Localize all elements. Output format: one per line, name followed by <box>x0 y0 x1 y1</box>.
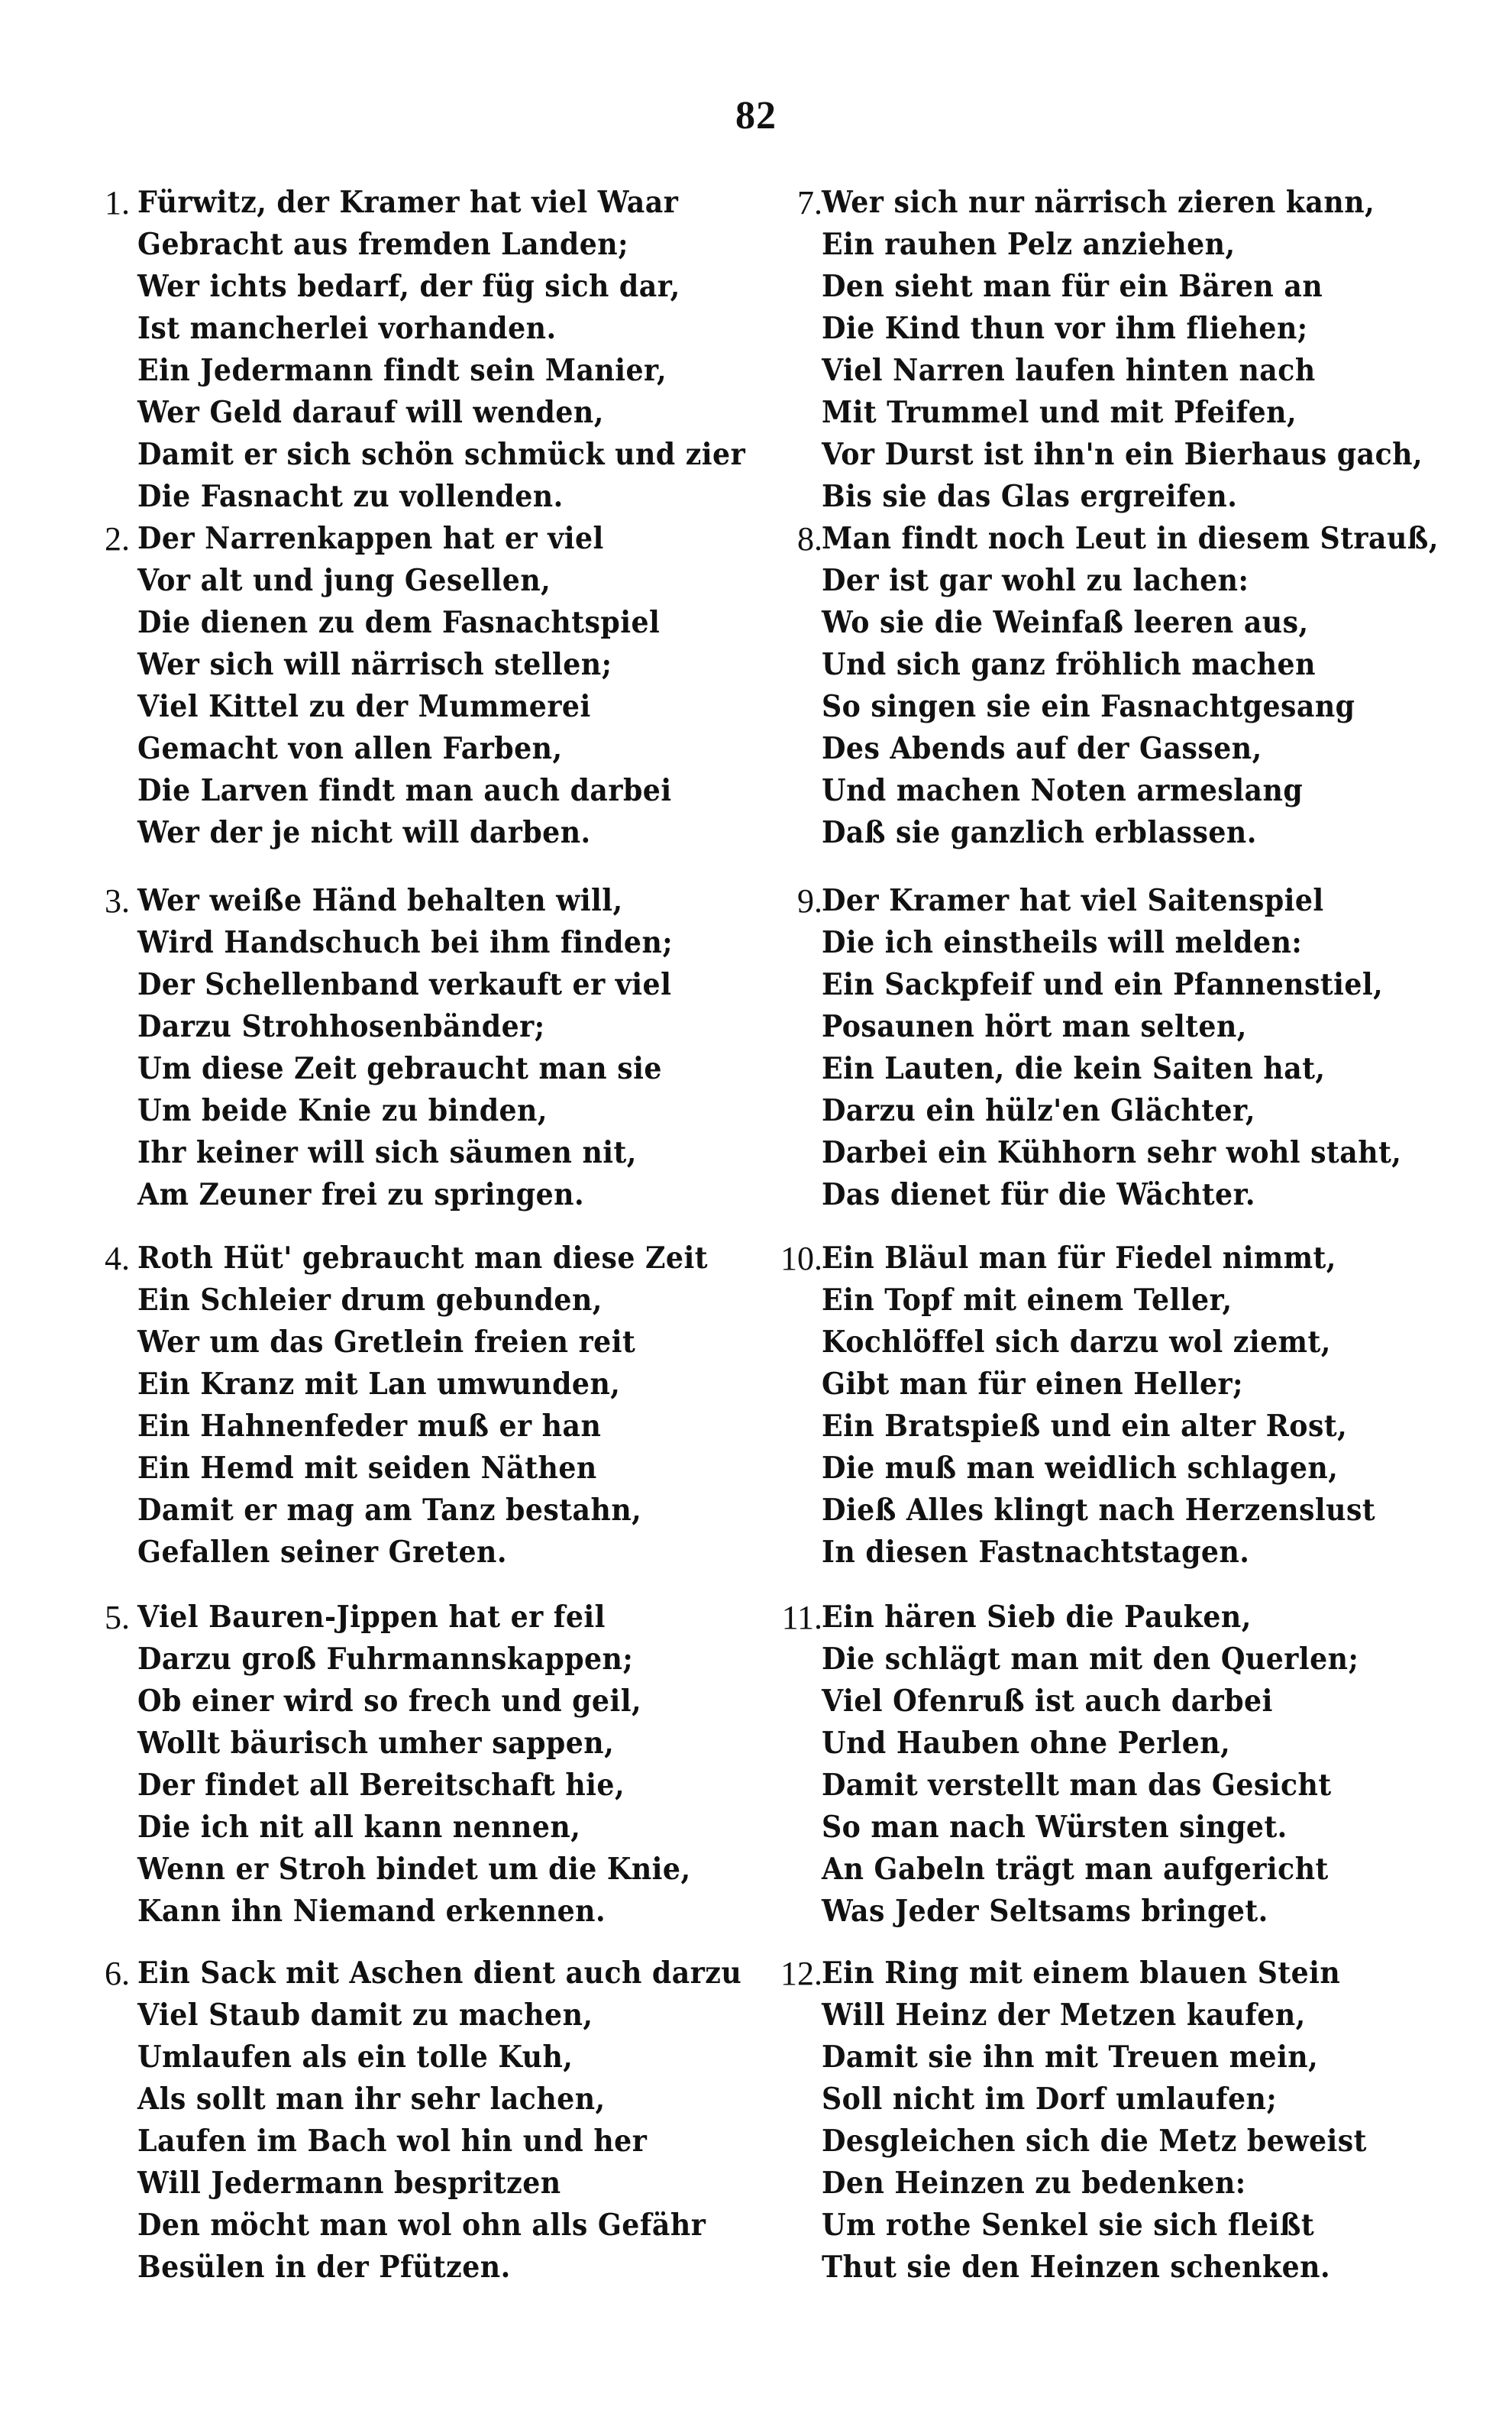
stanza-lines: Wer weiße Händ behalten will, Wird Hands… <box>137 880 713 1216</box>
stanza-lines: Der Narrenkappen hat er viel Vor alt und… <box>137 518 712 854</box>
verse-line: Damit sie ihn mit Treuen mein, <box>822 2036 1367 2079</box>
verse-line: Viel Bauren-Jippen hat er feil <box>137 1597 691 1639</box>
verse-line: Den möcht man wol ohn alls Gefähr <box>137 2205 741 2247</box>
verse-line: Der findet all Bereitschaft hie, <box>137 1765 691 1807</box>
stanza-number: 8. <box>769 518 822 560</box>
verse-line: Dieß Alles klingt nach Herzenslust <box>822 1490 1375 1532</box>
verse-line: Ihr keiner will sich säumen nit, <box>137 1132 673 1174</box>
verse-line: Darbei ein Kühhorn sehr wohl staht, <box>822 1132 1401 1174</box>
verse-line: Ein Schleier drum gebunden, <box>137 1279 708 1322</box>
verse-line: Soll nicht im Dorf umlaufen; <box>822 2079 1367 2121</box>
verse-line: Den sieht man für ein Bären an <box>822 266 1423 308</box>
verse-line: Wer um das Gretlein freien reit <box>137 1322 708 1364</box>
verse-line: Wird Handschuch bei ihm finden; <box>137 922 673 964</box>
verse-line: Ein hären Sieb die Pauken, <box>822 1597 1359 1639</box>
stanza-lines: Viel Bauren-Jippen hat er feil Darzu gro… <box>137 1597 732 1933</box>
verse-line: Ist mancherlei vorhanden. <box>137 308 745 350</box>
verse-line: Die ich nit all kann nennen, <box>137 1807 691 1849</box>
verse-line: In diesen Fastnachtstagen. <box>822 1532 1375 1574</box>
verse-line: Damit er sich schön schmück und zier <box>137 434 745 476</box>
stanza-number: 12. <box>769 1952 822 1994</box>
verse-line: Am Zeuner frei zu springen. <box>137 1174 673 1216</box>
verse-line: Den Heinzen zu bedenken: <box>822 2163 1367 2205</box>
verse-line: Ein Hahnenfeder muß er han <box>137 1406 708 1448</box>
stanza-lines: Der Kramer hat viel Saitenspiel Die ich … <box>822 880 1446 1216</box>
stanza-lines: Fürwitz, der Kramer hat viel Waar Gebrac… <box>137 182 791 518</box>
verse-line: Gibt man für einen Heller; <box>822 1364 1375 1406</box>
page-number: 82 <box>0 93 1512 139</box>
verse-line: Vor Durst ist ihn'n ein Bierhaus gach, <box>822 434 1423 476</box>
verse-line: Ein Hemd mit seiden Näthen <box>137 1448 708 1490</box>
stanza-number: 5. <box>84 1597 130 1639</box>
verse-line: Wer sich will närrisch stellen; <box>137 644 672 686</box>
stanza-lines: Ein hären Sieb die Pauken, Die schlägt m… <box>822 1597 1399 1933</box>
verse-line: Die dienen zu dem Fasnachtspiel <box>137 602 672 644</box>
verse-line: Ob einer wird so frech und geil, <box>137 1681 691 1723</box>
verse-line: Kann ihn Niemand erkennen. <box>137 1891 691 1933</box>
verse-line: Wer Geld darauf will wenden, <box>137 392 745 434</box>
stanza-number: 1. <box>84 182 130 224</box>
verse-line: Bis sie das Glas ergreifen. <box>822 476 1423 518</box>
stanza-lines: Ein Sack mit Aschen dient auch darzu Vie… <box>137 1952 787 2289</box>
verse-line: Um beide Knie zu binden, <box>137 1090 673 1132</box>
verse-line: Gefallen seiner Greten. <box>137 1532 708 1574</box>
verse-line: Wollt bäurisch umher sappen, <box>137 1723 691 1765</box>
verse-line: Ein Topf mit einem Teller, <box>822 1279 1375 1322</box>
verse-line: Was Jeder Seltsams bringet. <box>822 1891 1359 1933</box>
verse-line: Die ich einstheils will melden: <box>822 922 1401 964</box>
verse-line: Wer sich nur närrisch zieren kann, <box>822 182 1423 224</box>
verse-line: Viel Ofenruß ist auch darbei <box>822 1681 1359 1723</box>
verse-line: Fürwitz, der Kramer hat viel Waar <box>137 182 745 224</box>
verse-line: Man findt noch Leut in diesem Strauß, <box>822 518 1439 560</box>
verse-line: Thut sie den Heinzen schenken. <box>822 2247 1367 2289</box>
verse-line: Des Abends auf der Gassen, <box>822 728 1439 770</box>
verse-line: Und Hauben ohne Perlen, <box>822 1723 1359 1765</box>
verse-line: Mit Trummel und mit Pfeifen, <box>822 392 1423 434</box>
verse-line: Die Fasnacht zu vollenden. <box>137 476 745 518</box>
verse-line: Die muß man weidlich schlagen, <box>822 1448 1375 1490</box>
verse-line: Die schlägt man mit den Querlen; <box>822 1639 1359 1681</box>
stanza-lines: Roth Hüt' gebraucht man diese Zeit Ein S… <box>137 1237 751 1574</box>
verse-line: Wer weiße Händ behalten will, <box>137 880 673 922</box>
verse-line: Um rothe Senkel sie sich fleißt <box>822 2205 1367 2247</box>
verse-line: Darzu groß Fuhrmannskappen; <box>137 1639 691 1681</box>
verse-line: Der Kramer hat viel Saitenspiel <box>822 880 1401 922</box>
verse-line: Ein Jedermann findt sein Manier, <box>137 350 745 392</box>
verse-line: Ein Bläul man für Fiedel nimmt, <box>822 1237 1375 1279</box>
verse-line: So man nach Würsten singet. <box>822 1807 1359 1849</box>
stanza-lines: Man findt noch Leut in diesem Strauß, De… <box>822 518 1485 854</box>
verse-line: Roth Hüt' gebraucht man diese Zeit <box>137 1237 708 1279</box>
verse-line: Umlaufen als ein tolle Kuh, <box>137 2036 741 2079</box>
stanza-lines: Ein Ring mit einem blauen Stein Will Hei… <box>822 1952 1408 2289</box>
verse-line: Gebracht aus fremden Landen; <box>137 224 745 266</box>
stanza-number: 10. <box>769 1237 822 1279</box>
verse-line: Damit er mag am Tanz bestahn, <box>137 1490 708 1532</box>
verse-line: Der Schellenband verkauft er viel <box>137 964 673 1006</box>
stanza-number: 4. <box>84 1237 130 1279</box>
verse-line: Laufen im Bach wol hin und her <box>137 2121 741 2163</box>
verse-line: Besülen in der Pfützen. <box>137 2247 741 2289</box>
verse-line: Und sich ganz fröhlich machen <box>822 644 1439 686</box>
verse-line: Viel Kittel zu der Mummerei <box>137 686 672 728</box>
stanza-number: 7. <box>769 182 822 224</box>
verse-line: Viel Staub damit zu machen, <box>137 1994 741 2036</box>
verse-line: Gemacht von allen Farben, <box>137 728 672 770</box>
verse-line: Ein Sackpfeif und ein Pfannenstiel, <box>822 964 1401 1006</box>
stanza-number: 3. <box>84 880 130 922</box>
verse-line: An Gabeln trägt man aufgericht <box>822 1849 1359 1891</box>
verse-line: Ein Kranz mit Lan umwunden, <box>137 1364 708 1406</box>
verse-line: Kochlöffel sich darzu wol ziemt, <box>822 1322 1375 1364</box>
verse-line: Als sollt man ihr sehr lachen, <box>137 2079 741 2121</box>
verse-line: So singen sie ein Fasnachtgesang <box>822 686 1439 728</box>
verse-line: Darzu ein hülz'en Glächter, <box>822 1090 1401 1132</box>
verse-line: Will Heinz der Metzen kaufen, <box>822 1994 1367 2036</box>
verse-line: Ein Bratspieß und ein alter Rost, <box>822 1406 1375 1448</box>
verse-line: Darzu Strohhosenbänder; <box>137 1006 673 1048</box>
verse-line: Ein Ring mit einem blauen Stein <box>822 1952 1367 1994</box>
verse-line: Die Kind thun vor ihm fliehen; <box>822 308 1423 350</box>
stanza-number: 2. <box>84 518 130 560</box>
verse-line: Desgleichen sich die Metz beweist <box>822 2121 1367 2163</box>
verse-line: Die Larven findt man auch darbei <box>137 770 672 812</box>
verse-line: Damit verstellt man das Gesicht <box>822 1765 1359 1807</box>
verse-line: Wer der je nicht will darben. <box>137 812 672 854</box>
verse-line: Ein rauhen Pelz anziehen, <box>822 224 1423 266</box>
stanza-lines: Ein Bläul man für Fiedel nimmt, Ein Topf… <box>822 1237 1417 1574</box>
verse-line: Vor alt und jung Gesellen, <box>137 560 672 602</box>
verse-line: Ein Lauten, die kein Saiten hat, <box>822 1048 1401 1090</box>
verse-line: Wo sie die Weinfaß leeren aus, <box>822 602 1439 644</box>
stanza-number: 11. <box>769 1597 822 1639</box>
verse-line: Daß sie ganzlich erblassen. <box>822 812 1439 854</box>
verse-line: Wenn er Stroh bindet um die Knie, <box>137 1849 691 1891</box>
verse-line: Und machen Noten armeslang <box>822 770 1439 812</box>
verse-line: Der ist gar wohl zu lachen: <box>822 560 1439 602</box>
verse-line: Ein Sack mit Aschen dient auch darzu <box>137 1952 741 1994</box>
verse-line: Das dienet für die Wächter. <box>822 1174 1401 1216</box>
stanza-number: 9. <box>769 880 822 922</box>
stanza-lines: Wer sich nur närrisch zieren kann, Ein r… <box>822 182 1468 518</box>
verse-line: Posaunen hört man selten, <box>822 1006 1401 1048</box>
verse-line: Viel Narren laufen hinten nach <box>822 350 1423 392</box>
verse-line: Will Jedermann bespritzen <box>137 2163 741 2205</box>
stanza-number: 6. <box>84 1952 130 1994</box>
verse-line: Der Narrenkappen hat er viel <box>137 518 672 560</box>
verse-line: Wer ichts bedarf, der füg sich dar, <box>137 266 745 308</box>
verse-line: Um diese Zeit gebraucht man sie <box>137 1048 673 1090</box>
